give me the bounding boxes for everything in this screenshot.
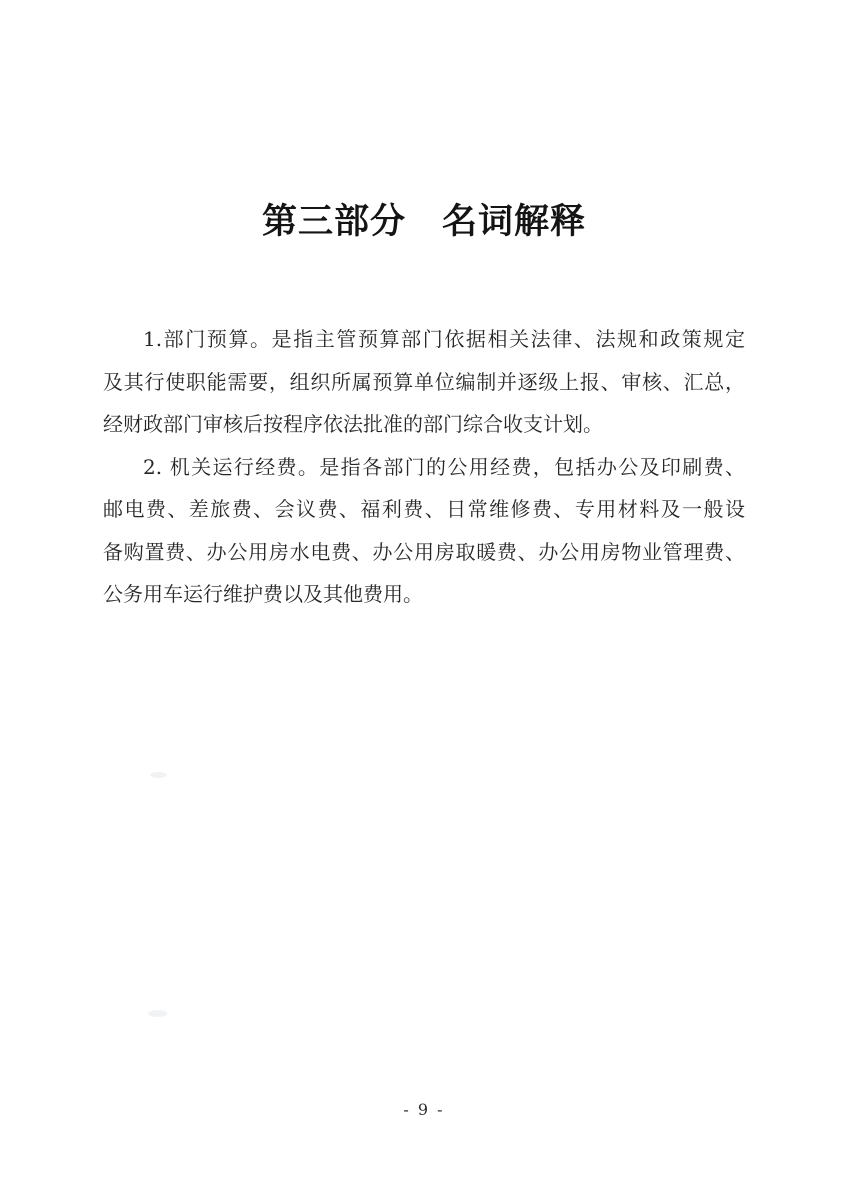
text-line: 1.部门预算。是指主管预算部门依据相关法律、法规和政策规定 (103, 318, 745, 361)
text-line: 公务用车运行维护费以及其他费用。 (103, 573, 745, 616)
scan-smudge (150, 772, 167, 778)
text-line: 2. 机关运行经费。是指各部门的公用经费，包括办公及印刷费、 (103, 446, 745, 489)
document-page: 第三部分 名词解释 1.部门预算。是指主管预算部门依据相关法律、法规和政策规定 … (0, 0, 848, 1200)
text-line: 邮电费、差旅费、会议费、福利费、日常维修费、专用材料及一般设 (103, 488, 745, 531)
scan-smudge (148, 1010, 167, 1017)
text-line: 备购置费、办公用房水电费、办公用房取暖费、办公用房物业管理费、 (103, 531, 745, 574)
text-line: 经财政部门审核后按程序依法批准的部门综合收支计划。 (103, 403, 745, 446)
paragraph-operating-expenses: 2. 机关运行经费。是指各部门的公用经费，包括办公及印刷费、 邮电费、差旅费、会… (103, 446, 745, 616)
body-text: 1.部门预算。是指主管预算部门依据相关法律、法规和政策规定 及其行使职能需要，组… (103, 318, 745, 616)
text-line: 及其行使职能需要，组织所属预算单位编制并逐级上报、审核、汇总， (103, 361, 745, 404)
page-number: - 9 - (0, 1100, 848, 1119)
paragraph-department-budget: 1.部门预算。是指主管预算部门依据相关法律、法规和政策规定 及其行使职能需要，组… (103, 318, 745, 446)
page-title: 第三部分 名词解释 (0, 200, 848, 244)
